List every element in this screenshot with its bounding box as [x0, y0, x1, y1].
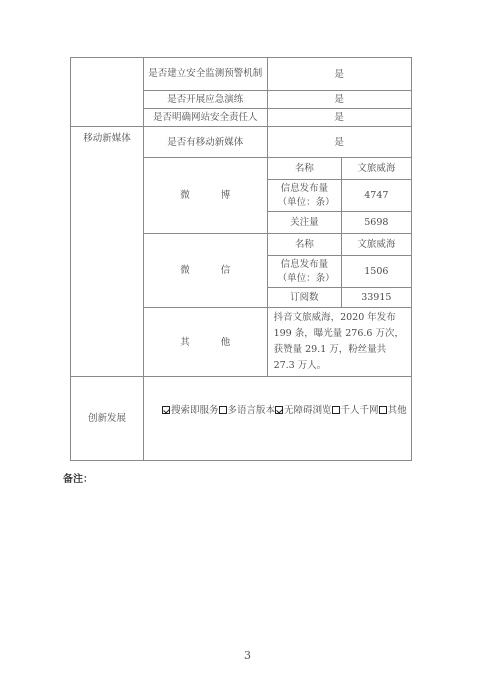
weibo-posts-value: 4747: [342, 180, 411, 212]
wechat-label: 微 信: [144, 234, 268, 308]
option-accessibility[interactable]: 无障碍浏览: [275, 405, 332, 416]
security-label-monitoring: 是否建立安全监测预警机制: [144, 58, 268, 91]
checkbox-checked-icon[interactable]: [275, 406, 283, 414]
mobile-media-section-label: 移动新媒体: [71, 127, 144, 377]
checkbox-empty-icon[interactable]: [332, 406, 340, 414]
checkbox-empty-icon[interactable]: [219, 406, 227, 414]
remark-label: 备注：: [63, 470, 93, 485]
weibo-name-label: 名称: [267, 158, 342, 180]
wechat-posts-label: 信息发布量（单位：条）: [267, 256, 342, 288]
weibo-followers-value: 5698: [342, 212, 411, 234]
wechat-subscribers-label: 订阅数: [267, 288, 342, 308]
other-media-description: 抖音文旅威海，2020 年发布 199 条，曝光量 276.6 万次，获赞量 2…: [267, 308, 411, 377]
checkbox-checked-icon[interactable]: [162, 406, 170, 414]
report-table: 是否建立安全监测预警机制 是 是否开展应急演练 是 是否明确网站安全责任人 是 …: [70, 57, 412, 461]
innovation-options: 搜索即服务多语言版本无障碍浏览千人千网其他: [144, 377, 412, 461]
wechat-posts-value: 1506: [342, 256, 411, 288]
weibo-followers-label: 关注量: [267, 212, 342, 234]
has-mobile-media-label: 是否有移动新媒体: [144, 127, 268, 158]
option-multilingual[interactable]: 多语言版本: [219, 405, 276, 416]
option-other[interactable]: 其他: [379, 405, 407, 416]
wechat-name-label: 名称: [267, 234, 342, 256]
option-personalized[interactable]: 千人千网: [332, 405, 379, 416]
weibo-label: 微 博: [144, 158, 268, 234]
checkbox-empty-icon[interactable]: [379, 406, 387, 414]
security-value-drill: 是: [267, 91, 411, 109]
weibo-name-value: 文旅威海: [342, 158, 411, 180]
security-section-cell: [71, 58, 144, 127]
security-value-responsible: 是: [267, 109, 411, 127]
page-number: 3: [244, 649, 251, 662]
weibo-posts-label: 信息发布量（单位：条）: [267, 180, 342, 212]
wechat-subscribers-value: 33915: [342, 288, 411, 308]
wechat-name-value: 文旅威海: [342, 234, 411, 256]
other-media-label: 其 他: [144, 308, 268, 377]
innovation-section-label: 创新发展: [71, 377, 144, 461]
option-search-as-service[interactable]: 搜索即服务: [162, 405, 219, 416]
security-label-responsible: 是否明确网站安全责任人: [144, 109, 268, 127]
security-label-drill: 是否开展应急演练: [144, 91, 268, 109]
has-mobile-media-value: 是: [267, 127, 411, 158]
security-value-monitoring: 是: [267, 58, 411, 91]
